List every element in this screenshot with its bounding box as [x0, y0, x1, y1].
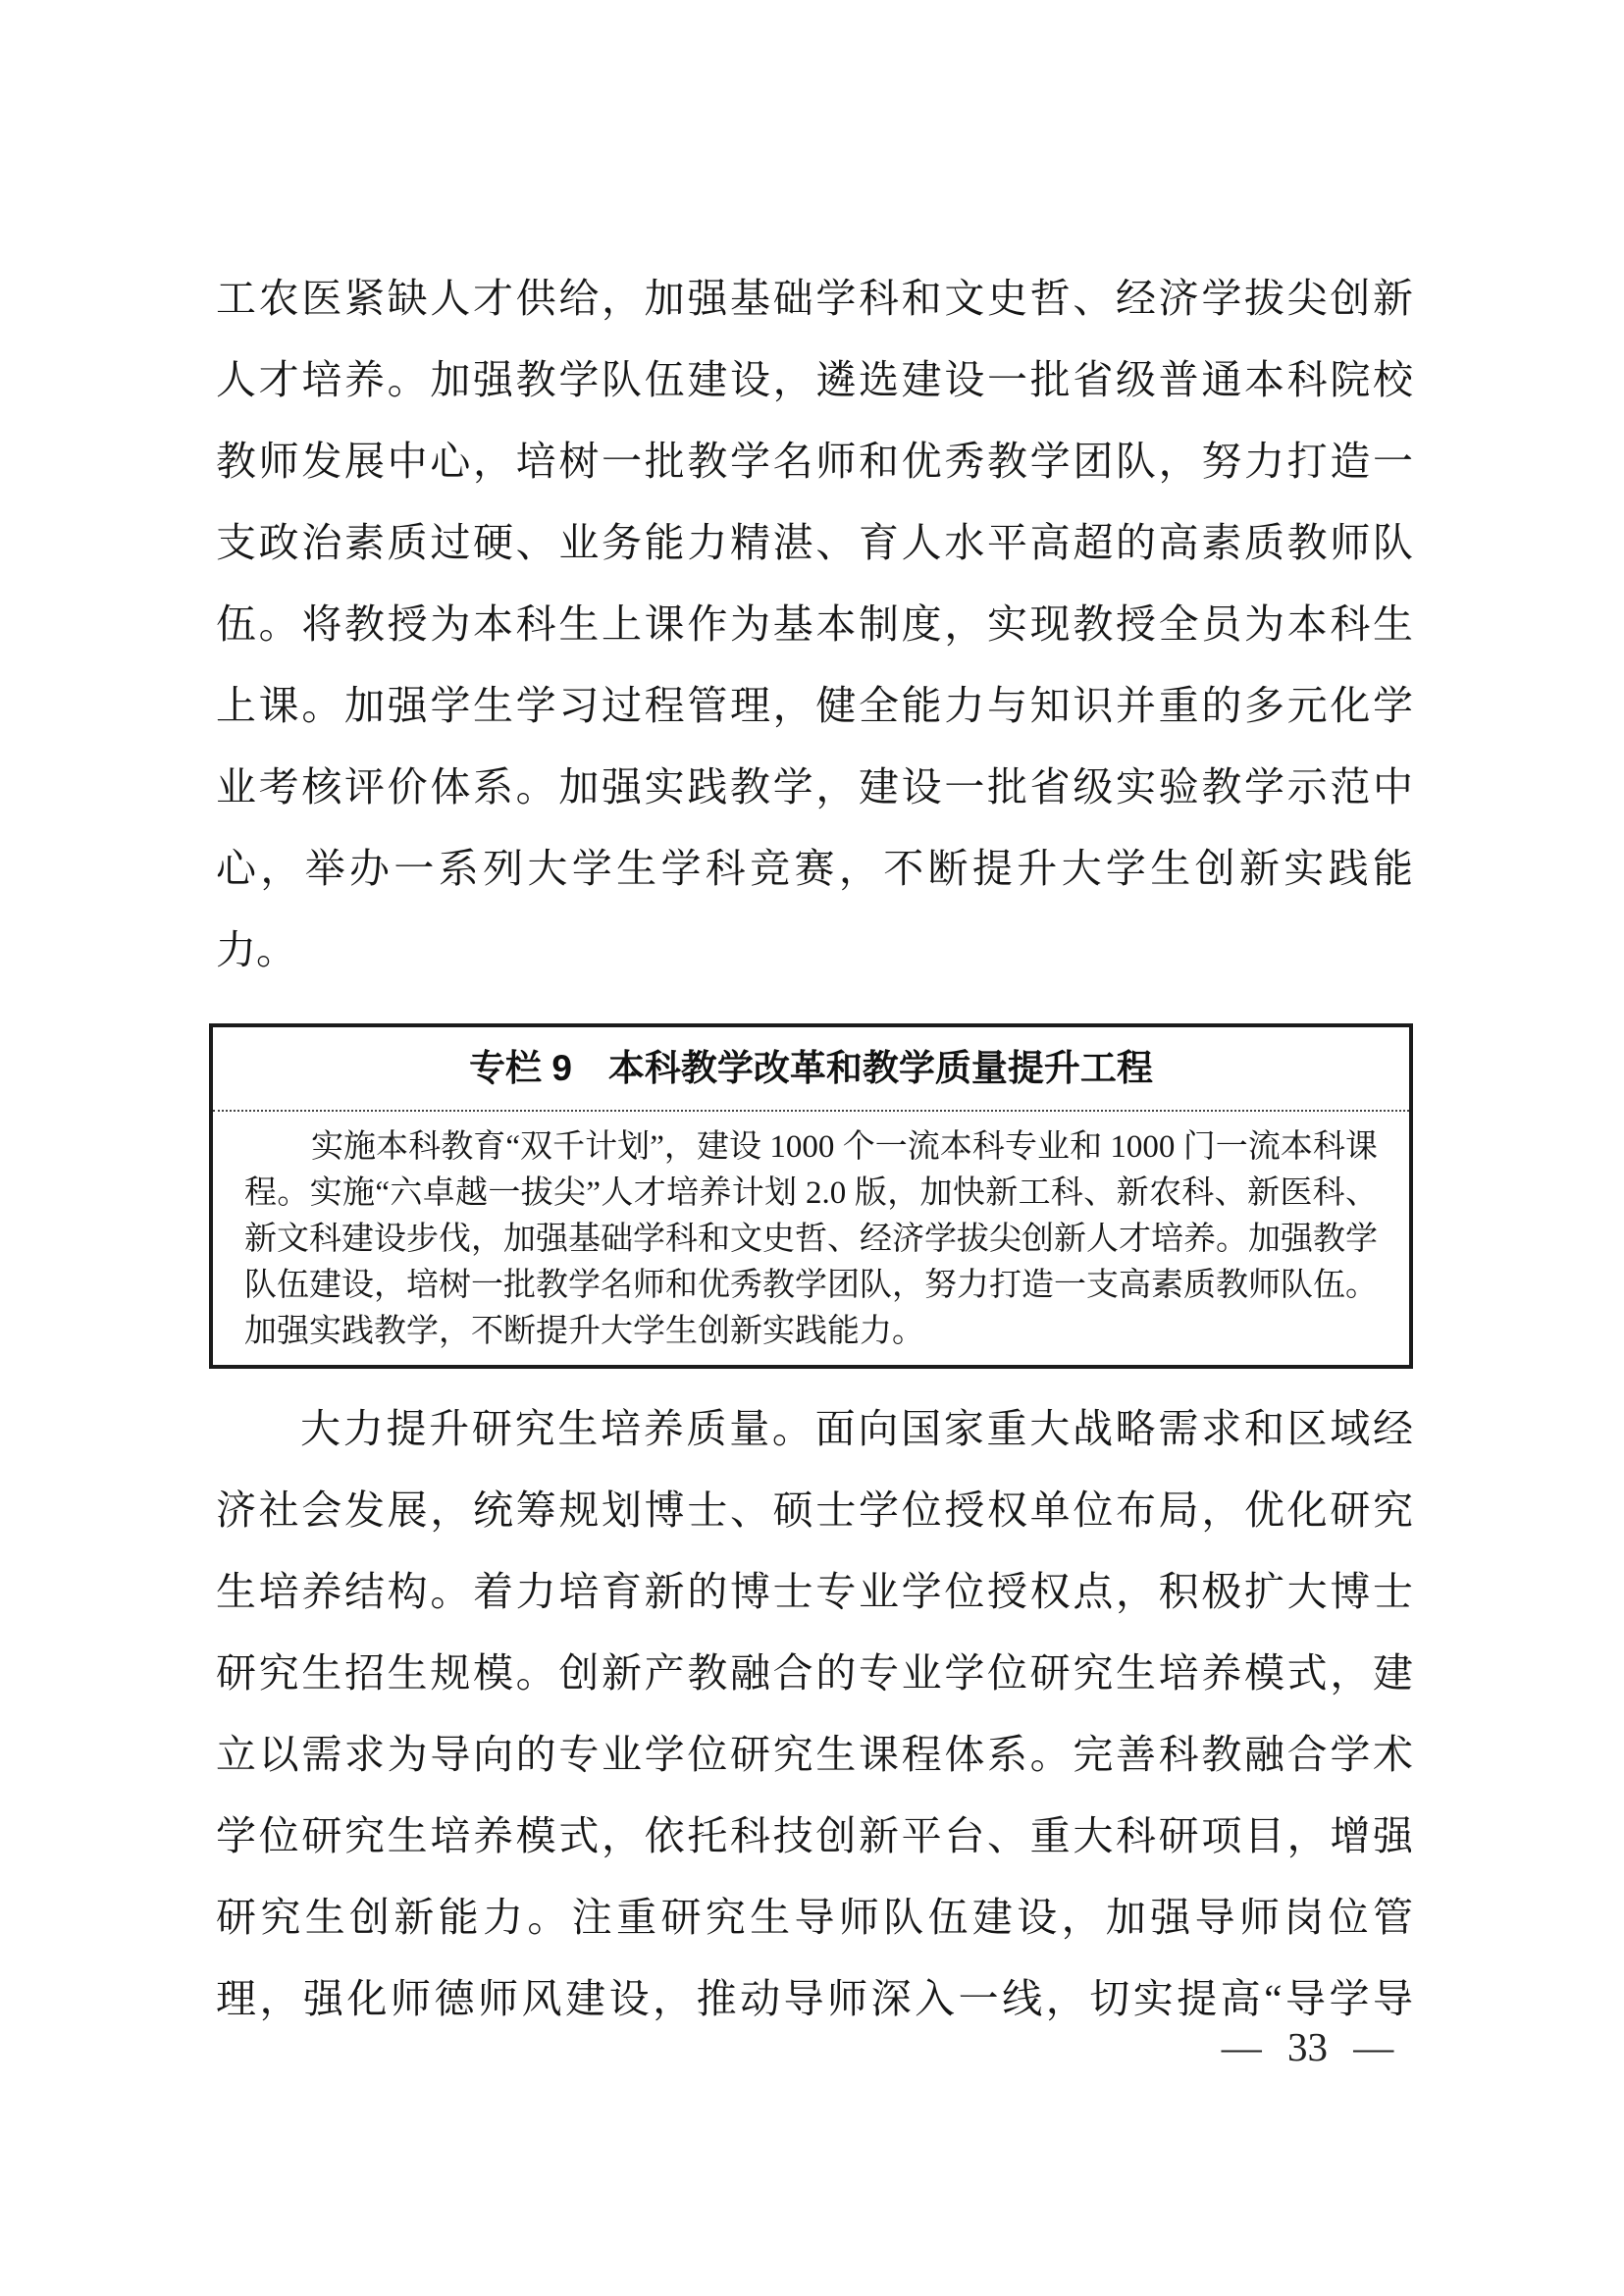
text-line: 生培养结构。着力培育新的博士专业学位授权点，积极扩大博士: [216, 1551, 1413, 1633]
callout-box-body: 实施本科教育“双千计划”，建设 1000 个一流本科专业和 1000 门一流本科…: [213, 1112, 1409, 1365]
callout-text-line: 新文科建设步伐，加强基础学科和文史哲、经济学拔尖创新人才培养。加强教学: [244, 1217, 1378, 1263]
document-page: 工农医紧缺人才供给，加强基础学科和文史哲、经济学拔尖创新 人才培养。加强教学队伍…: [0, 0, 1624, 2296]
text-line: 上课。加强学生学习过程管理，健全能力与知识并重的多元化学: [216, 665, 1413, 747]
text-line: 大力提升研究生培养质量。面向国家重大战略需求和区域经: [216, 1388, 1413, 1470]
callout-text-line: 队伍建设，培树一批教学名师和优秀教学团队，努力打造一支高素质教师队伍。: [244, 1263, 1378, 1309]
text-line: 济社会发展，统筹规划博士、硕士学位授权单位布局，优化研究: [216, 1470, 1413, 1551]
text-line: 学位研究生培养模式，依托科技创新平台、重大科研项目，增强: [216, 1796, 1413, 1877]
page-number: — 33 —: [1202, 2023, 1413, 2070]
callout-box-zhuanlan-9: 专栏 9 本科教学改革和教学质量提升工程 实施本科教育“双千计划”，建设 100…: [209, 1023, 1413, 1369]
text-line: 工农医紧缺人才供给，加强基础学科和文史哲、经济学拔尖创新: [216, 258, 1413, 339]
text-line: 力。: [216, 910, 1413, 991]
text-line: 支政治素质过硬、业务能力精湛、育人水平高超的高素质教师队: [216, 502, 1413, 584]
paragraph-2: 大力提升研究生培养质量。面向国家重大战略需求和区域经 济社会发展，统筹规划博士、…: [216, 1388, 1413, 2040]
callout-text-line: 加强实践教学，不断提升大学生创新实践能力。: [244, 1309, 1378, 1355]
text-line: 立以需求为导向的专业学位研究生课程体系。完善科教融合学术: [216, 1714, 1413, 1796]
text-line: 业考核评价体系。加强实践教学，建设一批省级实验教学示范中: [216, 747, 1413, 828]
text-line: 研究生招生规模。创新产教融合的专业学位研究生培养模式，建: [216, 1633, 1413, 1714]
paragraph-1: 工农医紧缺人才供给，加强基础学科和文史哲、经济学拔尖创新 人才培养。加强教学队伍…: [216, 258, 1413, 991]
callout-text-line: 实施本科教育“双千计划”，建设 1000 个一流本科专业和 1000 门一流本科…: [244, 1124, 1378, 1171]
text-line: 研究生创新能力。注重研究生导师队伍建设，加强导师岗位管: [216, 1877, 1413, 1958]
callout-text-line: 程。实施“六卓越一拔尖”人才培养计划 2.0 版，加快新工科、新农科、新医科、: [244, 1171, 1378, 1217]
text-line: 人才培养。加强教学队伍建设，遴选建设一批省级普通本科院校: [216, 339, 1413, 421]
text-line: 伍。将教授为本科生上课作为基本制度，实现教授全员为本科生: [216, 584, 1413, 665]
text-line: 心，举办一系列大学生学科竞赛，不断提升大学生创新实践能: [216, 828, 1413, 910]
callout-box-title: 专栏 9 本科教学改革和教学质量提升工程: [213, 1027, 1409, 1112]
text-line: 教师发展中心，培树一批教学名师和优秀教学团队，努力打造一: [216, 421, 1413, 502]
